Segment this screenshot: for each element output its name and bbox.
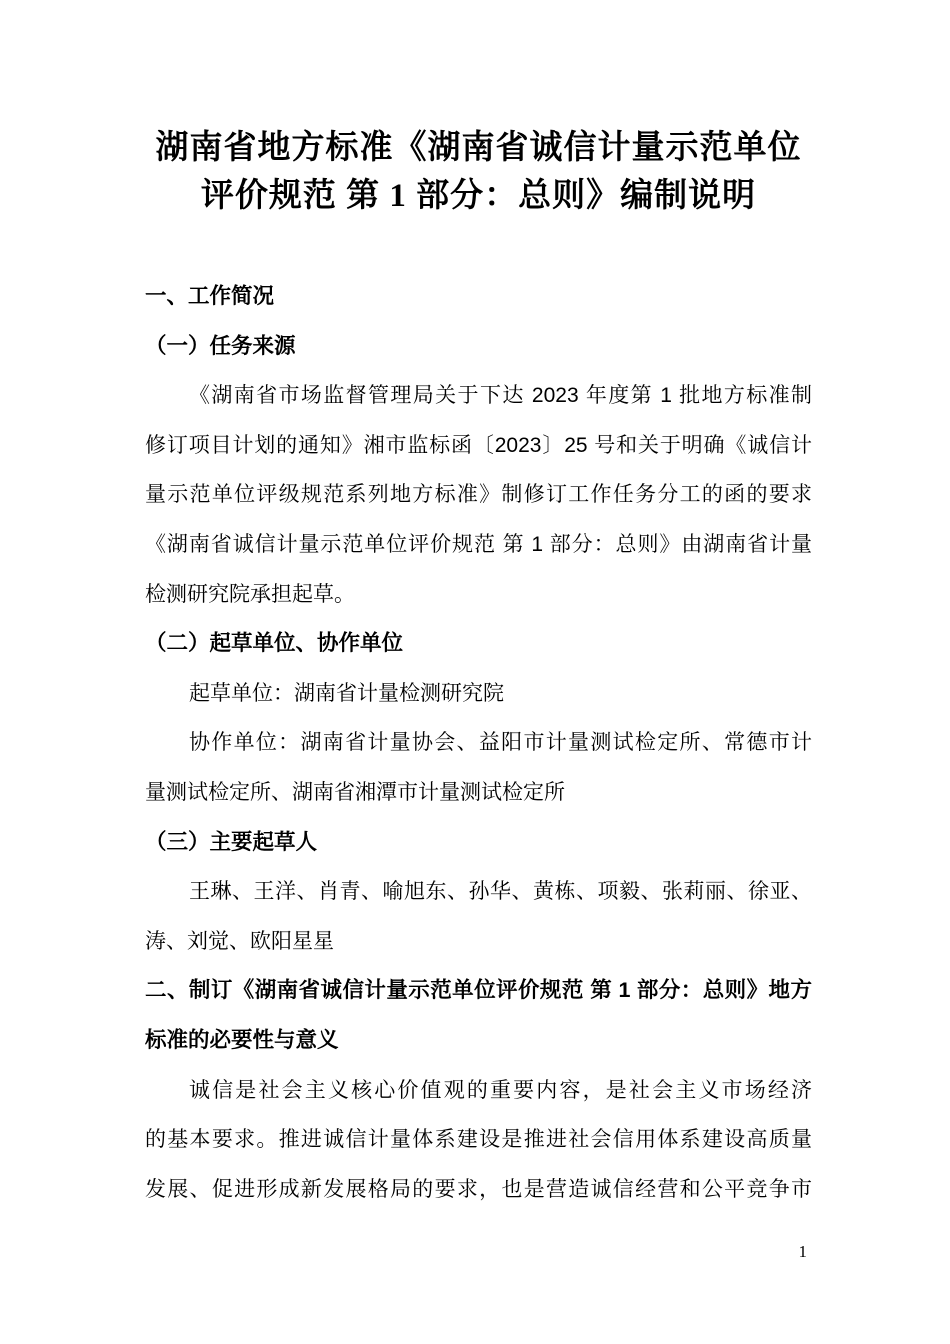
document-body: 一、工作简况 （一）任务来源 《湖南省市场监督管理局关于下达 2023 年度第 … <box>145 272 812 1214</box>
heading-necessity-line-1: 二、制订《湖南省诚信计量示范单位评价规范 第 1 部分：总则》地方 <box>145 966 812 1016</box>
paragraph-line: 发展、促进形成新发展格局的要求，也是营造诚信经营和公平竞争市 <box>145 1165 812 1215</box>
paragraph-line: 《湖南省诚信计量示范单位评价规范 第 1 部分：总则》由湖南省计量 <box>145 520 812 570</box>
heading-main-drafters: （三）主要起草人 <box>145 818 812 868</box>
heading-drafting-units: （二）起草单位、协作单位 <box>145 619 812 669</box>
paragraph-line: 量示范单位评级规范系列地方标准》制修订工作任务分工的函的要求 <box>145 470 812 520</box>
cooperating-units-line: 协作单位：湖南省计量协会、益阳市计量测试检定所、常德市计 <box>145 718 812 768</box>
drafting-unit-line: 起草单位：湖南省计量检测研究院 <box>145 669 812 719</box>
title-line-1: 湖南省地方标准《湖南省诚信计量示范单位 <box>145 124 812 172</box>
paragraph-line: 诚信是社会主义核心价值观的重要内容，是社会主义市场经济 <box>145 1066 812 1116</box>
heading-necessity-line-2: 标准的必要性与意义 <box>145 1016 812 1066</box>
page-number: 1 <box>145 1240 807 1264</box>
paragraph-line: 《湖南省市场监督管理局关于下达 2023 年度第 1 批地方标准制 <box>145 371 812 421</box>
heading-work-overview: 一、工作简况 <box>145 272 812 322</box>
document-page: 湖南省地方标准《湖南省诚信计量示范单位 评价规范 第 1 部分：总则》编制说明 … <box>0 0 950 1344</box>
paragraph-line: 检测研究院承担起草。 <box>145 570 812 620</box>
cooperating-units-line: 量测试检定所、湖南省湘潭市计量测试检定所 <box>145 768 812 818</box>
drafters-names-line: 王琳、王洋、肖青、喻旭东、孙华、黄栋、项毅、张莉丽、徐亚、孙兆 <box>145 867 812 917</box>
heading-task-source: （一）任务来源 <box>145 322 812 372</box>
paragraph-line: 修订项目计划的通知》湘市监标函〔2023〕25 号和关于明确《诚信计 <box>145 421 812 471</box>
title-line-2: 评价规范 第 1 部分：总则》编制说明 <box>145 172 812 220</box>
paragraph-line: 的基本要求。推进诚信计量体系建设是推进社会信用体系建设高质量 <box>145 1115 812 1165</box>
document-title: 湖南省地方标准《湖南省诚信计量示范单位 评价规范 第 1 部分：总则》编制说明 <box>145 124 812 220</box>
drafters-names-line: 涛、刘觉、欧阳星星 <box>145 917 812 967</box>
